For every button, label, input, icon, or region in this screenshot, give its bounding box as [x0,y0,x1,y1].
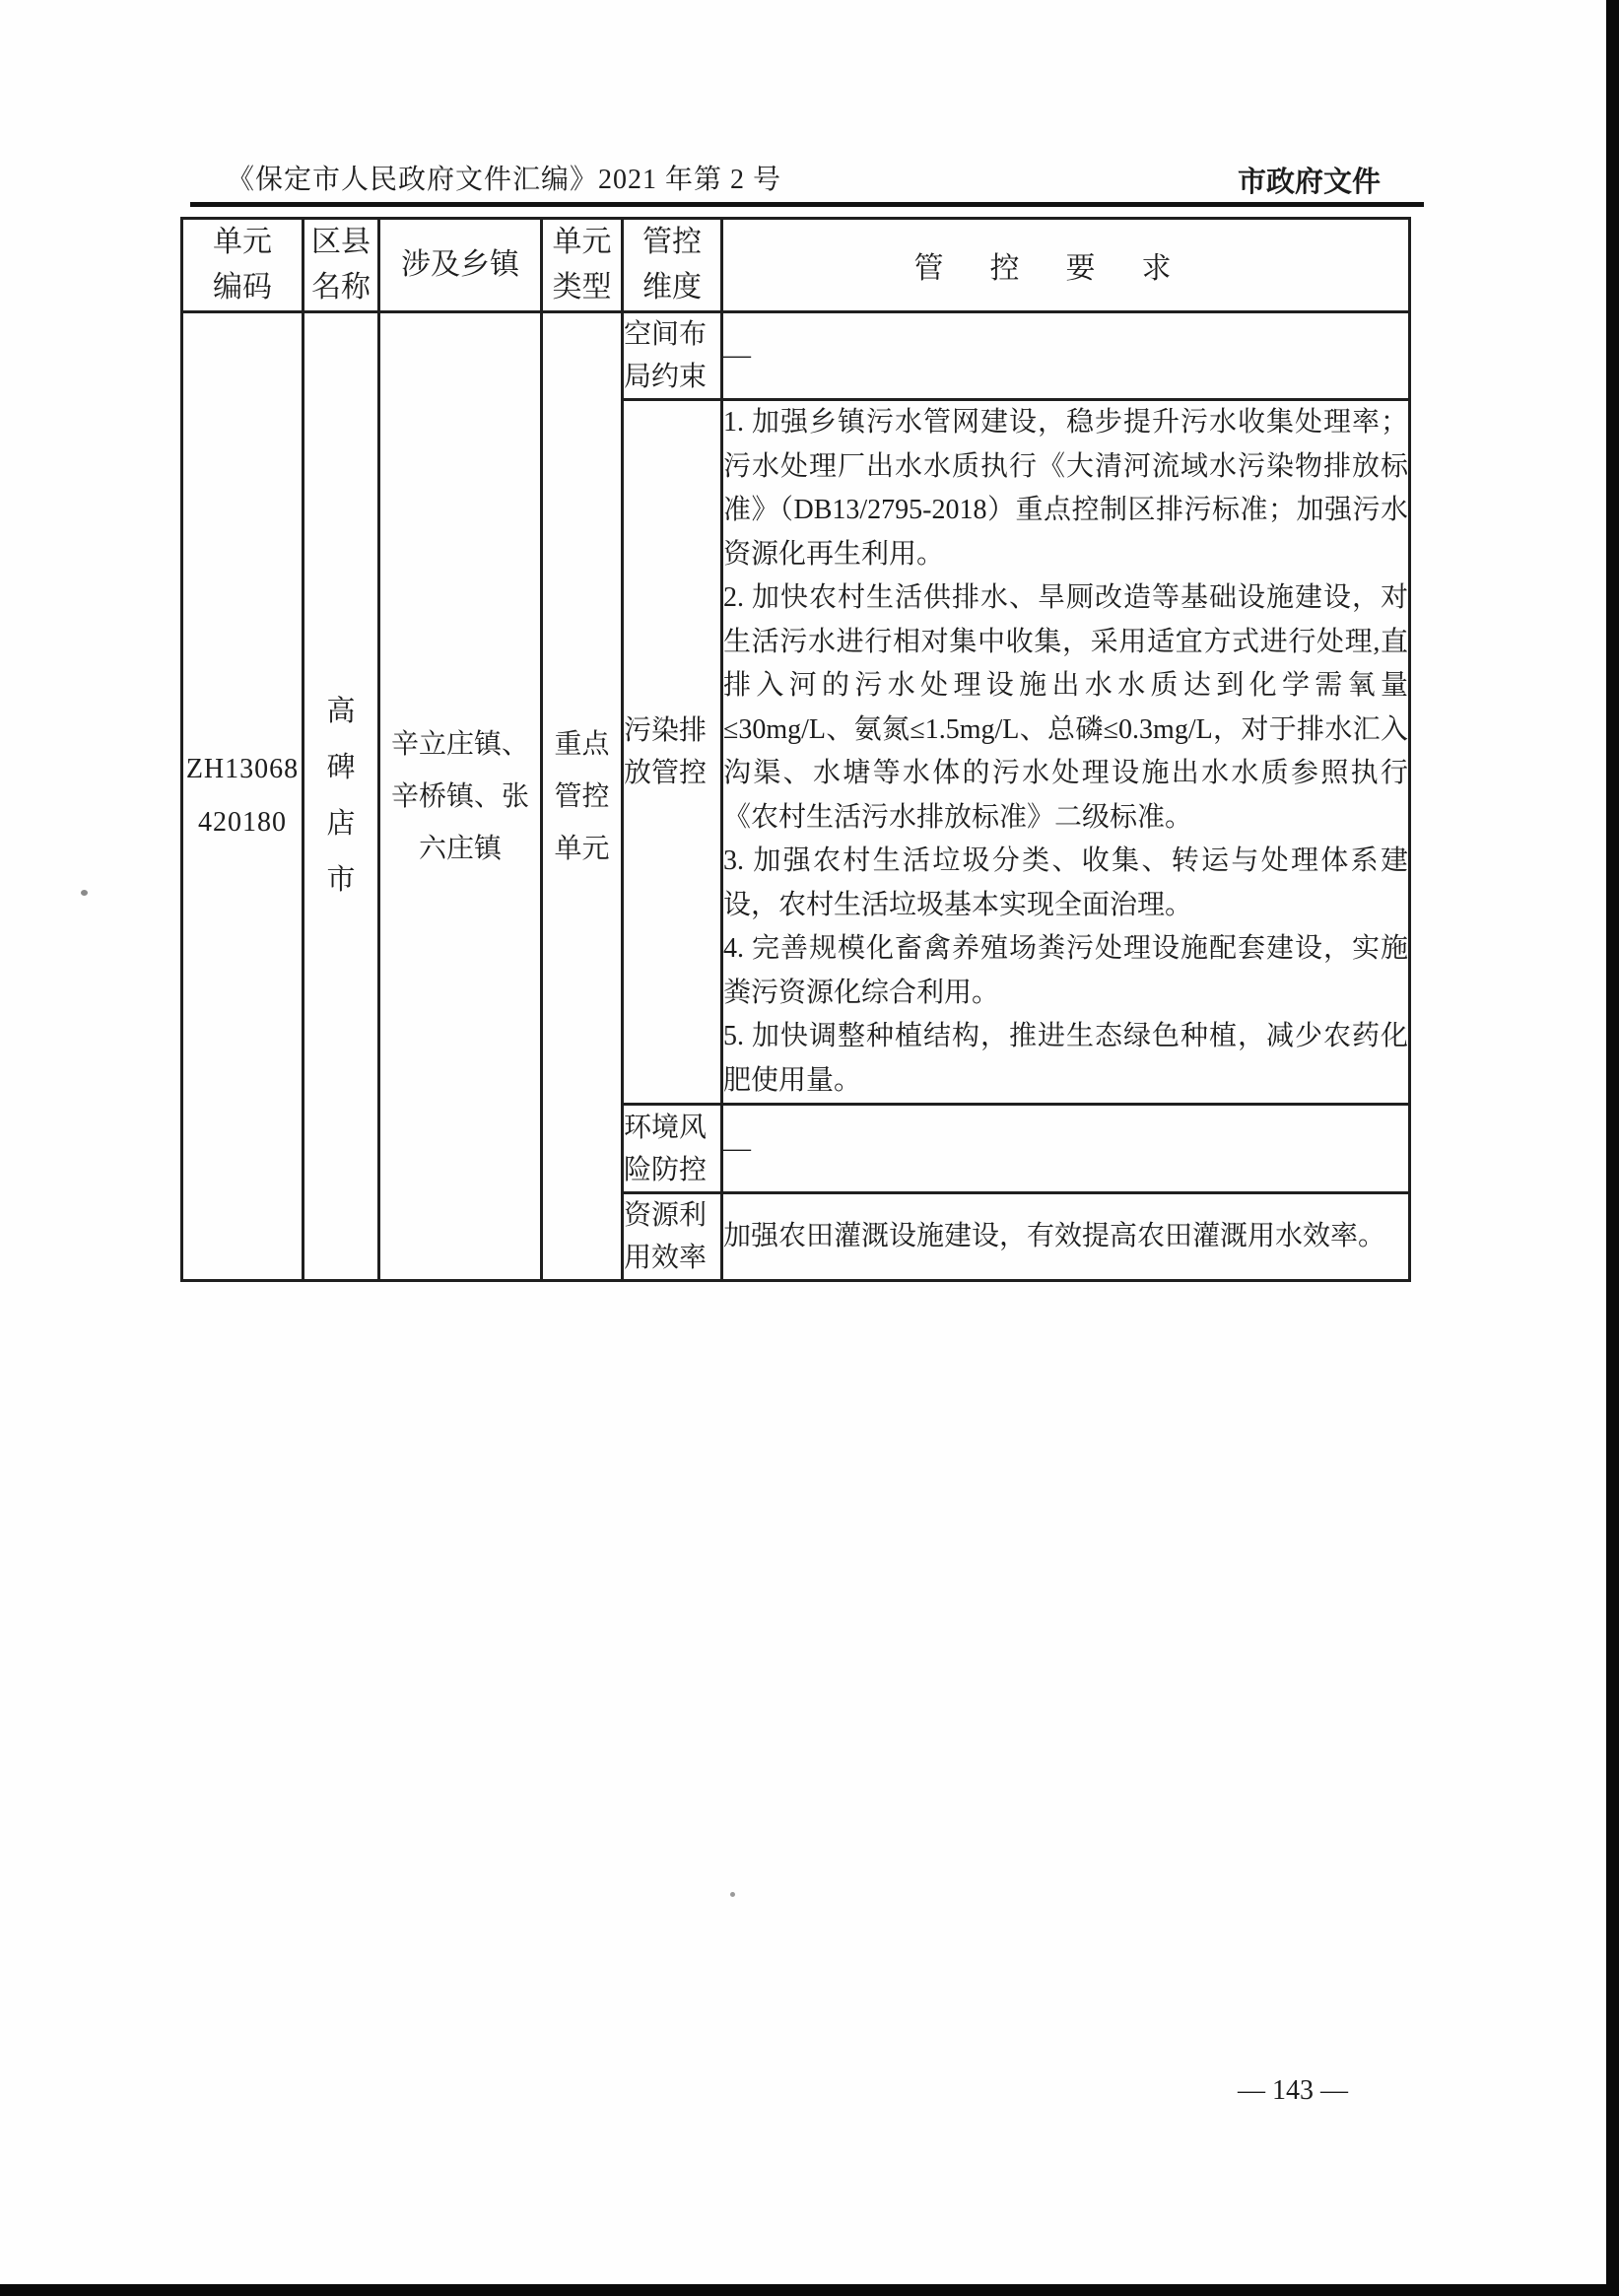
cell-unit-type: 重点 管控 单元 [542,312,623,1281]
requirement-item: 2. 加快农村生活供排水、旱厕改造等基础设施建设，对生活污水进行相对集中收集，采… [723,576,1408,840]
page-number: — 143 — [1238,2075,1348,2107]
scan-edge-right [1606,0,1619,2296]
header-unit-code: 单元 编码 [182,219,304,312]
table-header-row: 单元 编码 区县 名称 涉及乡镇 单元 类型 管控 维度 管控要求 [182,219,1410,312]
cell-requirement-pollution: 1. 加强乡镇污水管网建设，稳步提升污水收集处理率；污水处理厂出水水质执行《大清… [722,400,1410,1105]
cell-townships: 辛立庄镇、 辛桥镇、张 六庄镇 [379,312,542,1281]
header-rule [190,202,1424,207]
requirement-item: 4. 完善规模化畜禽养殖场粪污处理设施配套建设，实施粪污资源化综合利用。 [723,927,1408,1015]
table-row-spatial: ZH13068 420180 高 碑 店 市 辛立庄镇、 辛桥镇、张 六庄镇 重… [182,312,1410,400]
control-requirements-table: 单元 编码 区县 名称 涉及乡镇 单元 类型 管控 维度 管控要求 ZH1306… [180,217,1411,1282]
cell-requirement-spatial: — [722,312,1410,400]
document-page-scan: 《保定市人民政府文件汇编》2021 年第 2 号 市政府文件 单元 编码 区县 … [0,0,1619,2296]
requirement-item: 1. 加强乡镇污水管网建设，稳步提升污水收集处理率；污水处理厂出水水质执行《大清… [723,401,1408,576]
journal-title: 《保定市人民政府文件汇编》2021 年第 2 号 [227,164,781,197]
requirement-item: 3. 加强农村生活垃圾分类、收集、转运与处理体系建设，农村生活垃圾基本实现全面治… [723,840,1408,927]
cell-dimension-pollution: 污染排 放管控 [623,400,722,1105]
header-district-name: 区县 名称 [304,219,379,312]
header-control-dimension: 管控 维度 [623,219,722,312]
cell-dimension-spatial: 空间布 局约束 [623,312,722,400]
cell-dimension-resource: 资源利 用效率 [623,1193,722,1281]
scan-speck [730,1892,735,1897]
scan-edge-bottom [0,2284,1619,2296]
cell-unit-code: ZH13068 420180 [182,312,304,1281]
header-control-requirements: 管控要求 [722,219,1410,312]
cell-requirement-risk: — [722,1105,1410,1193]
requirement-item: 5. 加快调整种植结构，推进生态绿色种植，减少农药化肥使用量。 [723,1015,1408,1103]
header-townships: 涉及乡镇 [379,219,542,312]
cell-district-name: 高 碑 店 市 [304,312,379,1281]
cell-requirement-resource: 加强农田灌溉设施建设，有效提高农田灌溉用水效率。 [722,1193,1410,1281]
header-unit-type: 单元 类型 [542,219,623,312]
scan-speck [81,890,88,896]
document-category-label: 市政府文件 [1238,166,1381,199]
cell-dimension-risk: 环境风 险防控 [623,1105,722,1193]
